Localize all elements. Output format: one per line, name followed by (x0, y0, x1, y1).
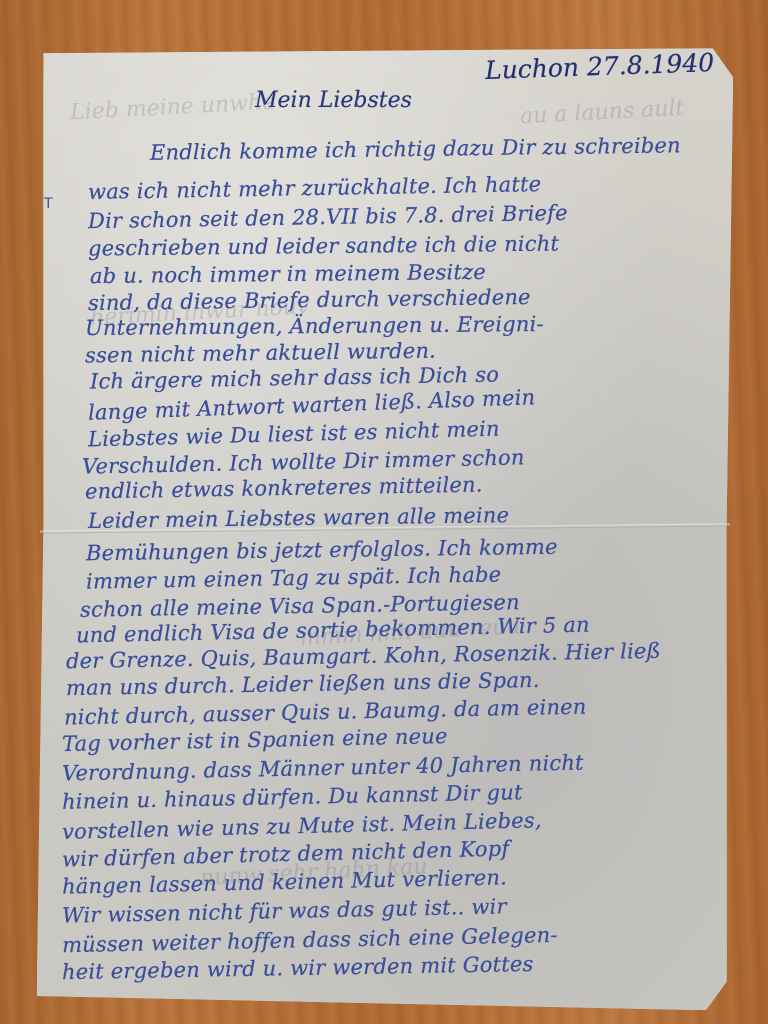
letter-line: Unternehmungen, Änderungen u. Ereigni- (85, 312, 544, 340)
letter-line: ssen nicht mehr aktuell wurden. (85, 339, 436, 368)
letter-line: geschrieben und leider sandte ich die ni… (88, 232, 559, 261)
letter-line: ab u. noch immer in meinem Besitze (90, 260, 486, 288)
greeting: Mein Liebstes (255, 88, 412, 113)
margin-mark: T (44, 196, 53, 212)
